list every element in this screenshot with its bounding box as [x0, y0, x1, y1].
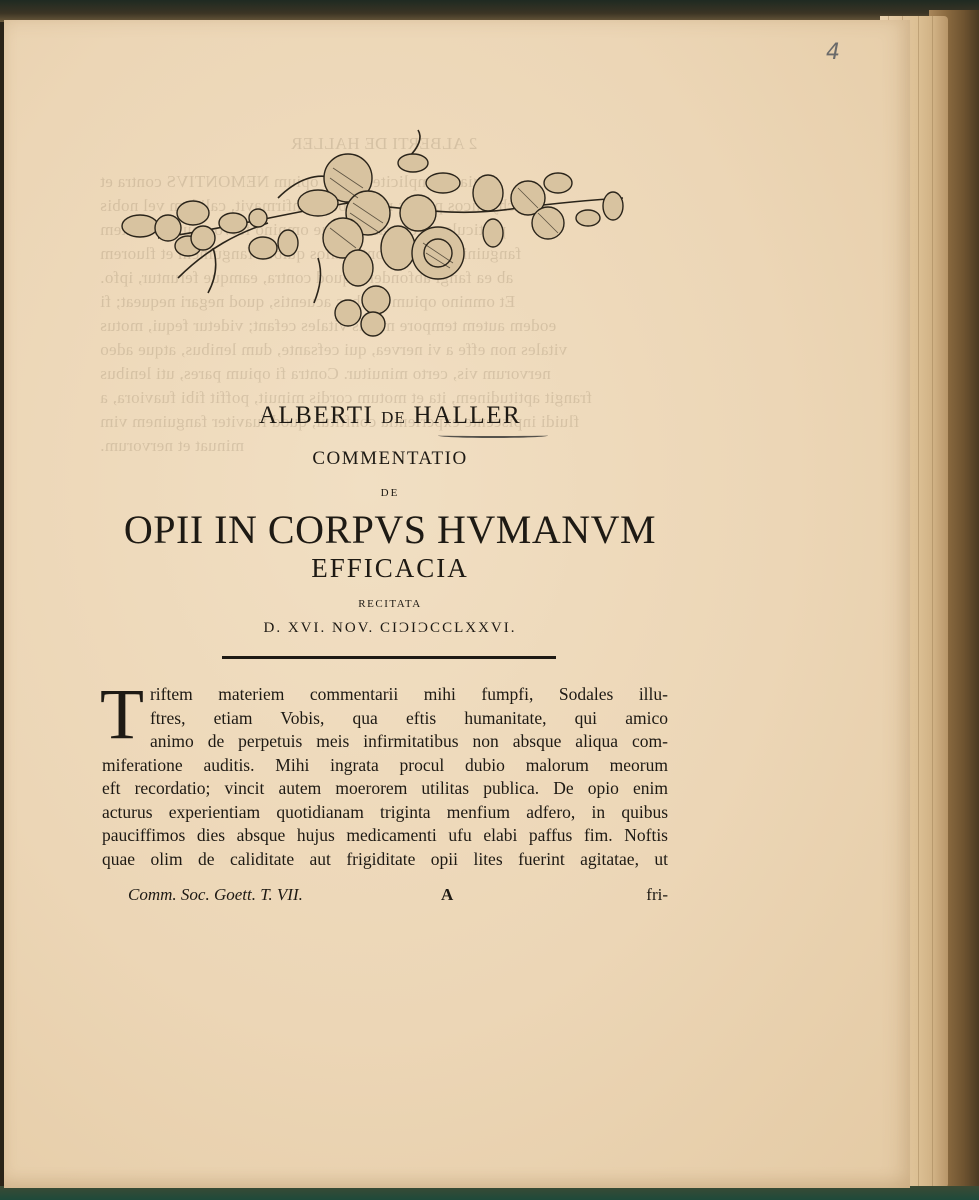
body-line: eft recordatio; vincit autem moerorem ut…	[102, 777, 668, 801]
signature-line: Comm. Soc. Goett. T. VII.	[128, 885, 303, 905]
de-heading: DE	[100, 487, 680, 499]
recitation-date: D. XVI. NOV. CIϽIϽCCLXXVI.	[100, 620, 680, 637]
scanner-top-edge	[0, 0, 979, 22]
body-line: pauciffimos dies absque hujus medicament…	[102, 824, 668, 848]
body-line: miferatione auditis. Mihi ingrata procul…	[102, 754, 668, 778]
main-title-line2: EFFICACIA	[100, 553, 680, 584]
floral-ornament-icon	[118, 128, 633, 338]
main-title: OPII IN CORPVS HVMANVM	[100, 507, 680, 553]
bleed-through-line: nervorum vis, certo minuitur. Contra fi …	[100, 362, 551, 385]
body-paragraph: T riftem materiem commentarii mihi fumpf…	[102, 683, 668, 871]
author-last-name: HALLER	[414, 402, 522, 429]
title-rule-divider	[222, 656, 556, 659]
drop-cap: T	[100, 685, 144, 743]
commentatio-heading: COMMENTATIO	[100, 448, 680, 470]
bleed-through-line: vitales non effe a vi nervea, qui cefsan…	[100, 338, 567, 361]
author-name: ALBERTI DE HALLER	[100, 402, 680, 430]
author-first-name: ALBERTI	[259, 402, 374, 429]
body-line: ftres, etiam Vobis, qua eftis humanitate…	[102, 707, 668, 731]
recitata-label: RECITATA	[100, 598, 680, 610]
handwritten-page-number: 4	[826, 40, 840, 65]
scanner-bottom-edge	[0, 1186, 979, 1200]
body-line: quae olim de caliditate aut frigiditate …	[102, 848, 668, 872]
catchword: fri-	[646, 885, 668, 905]
author-particle: DE	[381, 408, 406, 427]
pen-underline-mark	[438, 433, 548, 438]
body-line: animo de perpetuis meis infirmitatibus n…	[102, 730, 668, 754]
body-line: acturus experientiam quotidianam trigint…	[102, 801, 668, 825]
signature-mark: A	[441, 885, 453, 905]
body-line: riftem materiem commentarii mihi fumpfi,…	[102, 683, 668, 707]
